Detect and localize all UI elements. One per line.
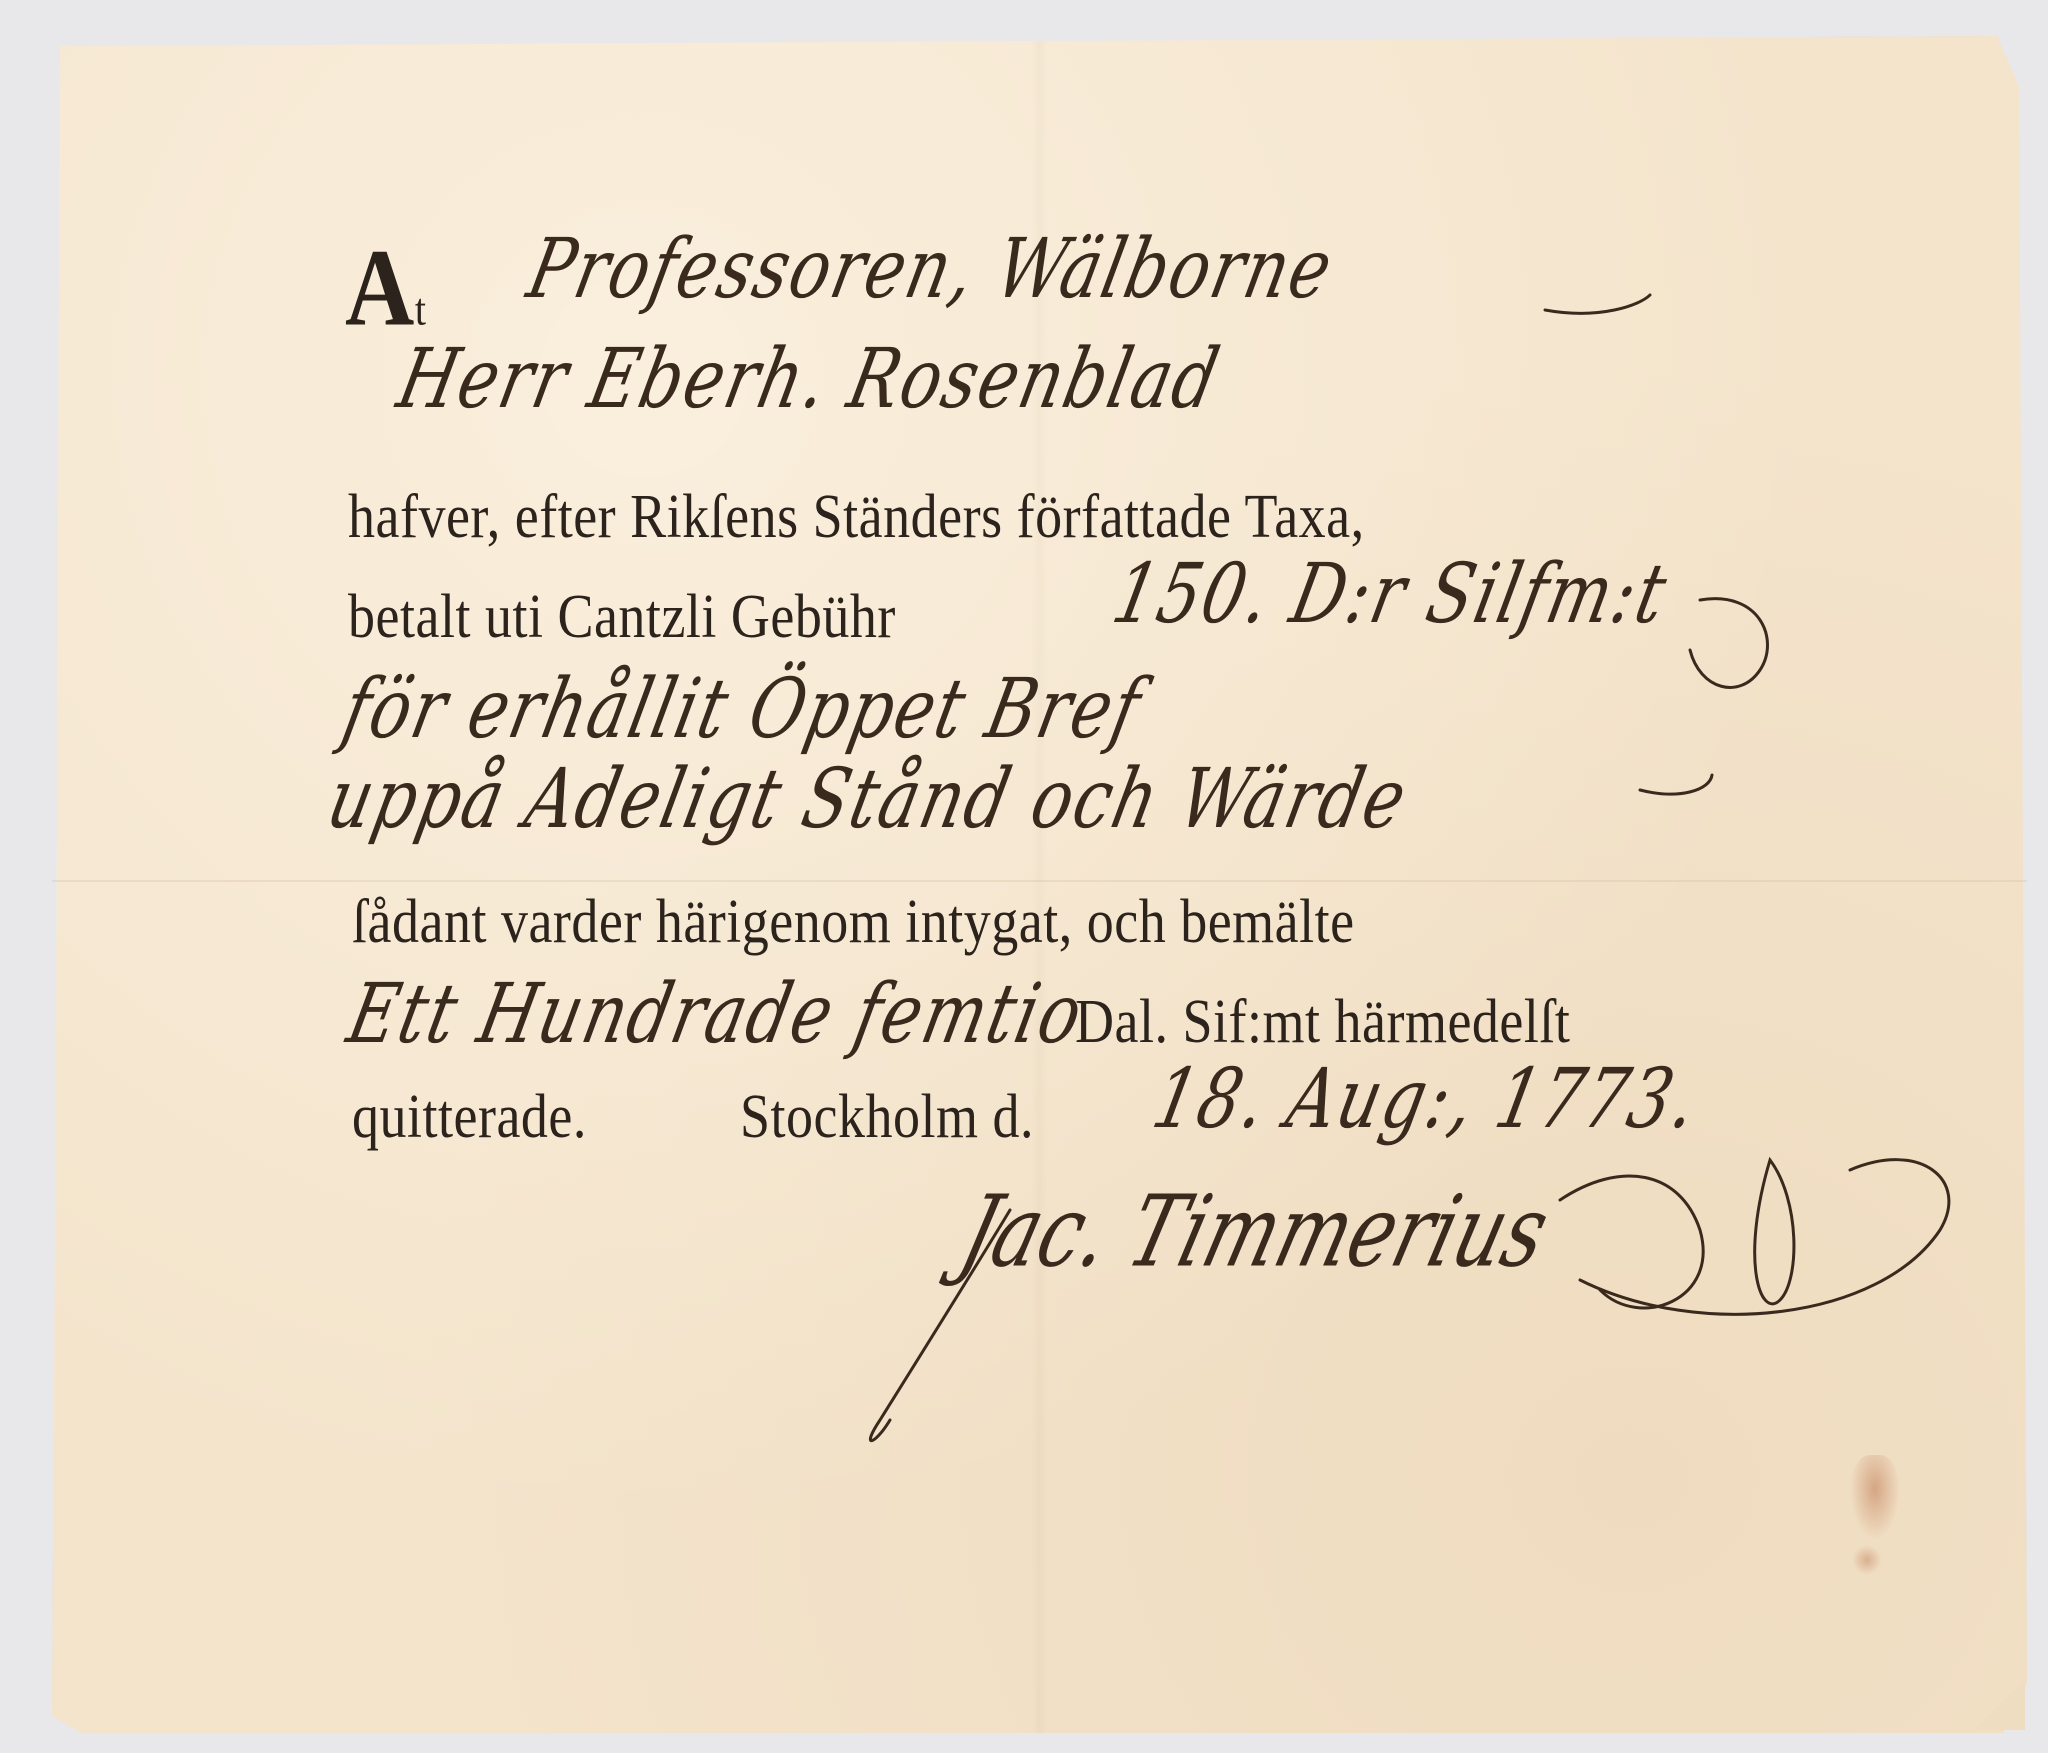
foxing-spot (1852, 1545, 1882, 1575)
line-8-handwritten-amount-words: Ett Hundrade femtio (340, 966, 1092, 1062)
line-4-handwritten-amount: 150. D:r Silfm:t (1105, 546, 1676, 642)
initial-letter: A (345, 226, 415, 349)
line-6-handwritten: uppå Adeligt Stånd och Wärde (320, 751, 1416, 847)
foxing-stain (1850, 1455, 1900, 1540)
line-8-print: Dal. Sif:mt härmedelſt (1075, 986, 1570, 1057)
initial-suffix: t (415, 283, 427, 335)
signature: Jac. Timmerius (950, 1173, 1560, 1289)
fold-crease (52, 880, 2027, 882)
line-9-print-place: Stockholm d. (740, 1081, 1034, 1152)
line-9-handwritten-date: 18. Aug:, 1773. (1145, 1051, 1707, 1147)
line-4-print: betalt uti Cantzli Gebühr (348, 581, 896, 652)
line-7-print: ſådant varder härigenom intygat, och bem… (352, 886, 1355, 957)
line-5-handwritten: för erhållit Öppet Bref (335, 661, 1150, 757)
line-2-handwritten: Herr Eberh. Rosenblad (390, 331, 1228, 427)
line-1-handwritten: Professoren, Wälborne (520, 221, 1342, 317)
line-9-print-quitterade: quitterade. (352, 1081, 587, 1152)
line-3-print: hafver, efter Rikſens Ständers författad… (348, 481, 1365, 552)
